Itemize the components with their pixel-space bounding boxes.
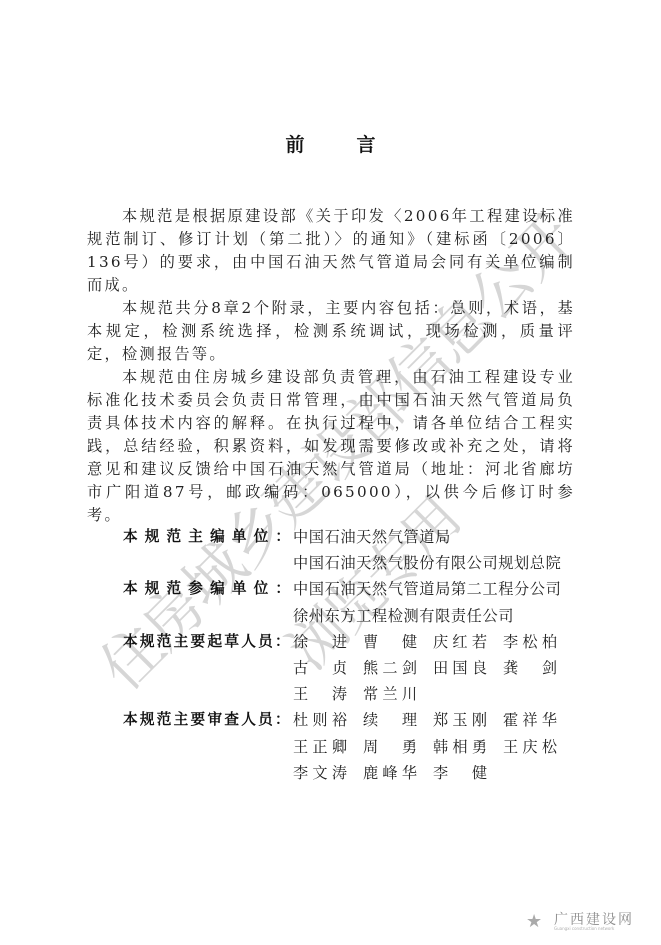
reviewer-name: 郑玉刚 bbox=[433, 707, 487, 733]
drafter-name: 田国良 bbox=[433, 655, 487, 681]
title-char-1: 前 bbox=[285, 130, 304, 157]
participating-unit: 徐州东方工程检测有限责任公司 bbox=[293, 603, 514, 629]
drafter-name: 熊二剑 bbox=[363, 655, 417, 681]
chief-editor-unit: 中国石油天然气管道局 bbox=[293, 524, 451, 550]
reviewer-name: 王正卿 bbox=[293, 734, 347, 760]
reviewer-name: 李文涛 bbox=[293, 760, 347, 786]
reviewer-name: 周勇 bbox=[363, 734, 417, 760]
drafters-label: 本规范主要起草人员： bbox=[123, 629, 290, 655]
reviewer-name: 鹿峰华 bbox=[363, 760, 417, 786]
logo-subtitle: Guangxi construction network bbox=[554, 926, 614, 931]
drafters-row: 王涛 常兰川 bbox=[123, 681, 593, 707]
star-icon: ★ bbox=[526, 911, 542, 932]
credits-block: 本规范主编单位： 中国石油天然气管道局 中国石油天然气股份有限公司规划总院 本规… bbox=[123, 524, 593, 786]
drafter-name: 龚剑 bbox=[503, 655, 557, 681]
drafter-name: 常兰川 bbox=[363, 681, 417, 707]
reviewers-row: 王正卿 周勇 韩相勇 王庆松 bbox=[123, 734, 593, 760]
site-logo: ★ 广西建设网 Guangxi construction network bbox=[526, 909, 651, 937]
reviewers-label: 本规范主要审查人员： bbox=[123, 707, 290, 733]
paragraph-contents: 本规范共分8章2个附录，主要内容包括：总则，术语，基本规定，检测系统选择，检测系… bbox=[87, 297, 575, 366]
reviewers-row: 李文涛 鹿峰华 李健 bbox=[123, 760, 593, 786]
drafter-name: 李松柏 bbox=[503, 629, 557, 655]
credit-row: 本规范参编单位： 中国石油天然气管道局第二工程分公司 bbox=[123, 576, 593, 602]
participating-unit: 中国石油天然气管道局第二工程分公司 bbox=[293, 576, 561, 602]
title-char-2: 言 bbox=[357, 130, 376, 157]
drafter-name: 古贞 bbox=[293, 655, 347, 681]
credit-row: 中国石油天然气股份有限公司规划总院 bbox=[123, 550, 593, 576]
reviewer-name: 王庆松 bbox=[503, 734, 557, 760]
reviewer-name: 霍祥华 bbox=[503, 707, 557, 733]
drafter-name: 徐进 bbox=[293, 629, 347, 655]
drafter-name: 曹健 bbox=[363, 629, 417, 655]
preface-body: 本规范是根据原建设部《关于印发〈2006年工程建设标准规范制订、修订计划（第二批… bbox=[87, 205, 575, 527]
credit-row: 本规范主编单位： 中国石油天然气管道局 bbox=[123, 524, 593, 550]
drafters-row: 古贞 熊二剑 田国良 龚剑 bbox=[123, 655, 593, 681]
chief-editor-unit: 中国石油天然气股份有限公司规划总院 bbox=[293, 550, 561, 576]
reviewer-name: 韩相勇 bbox=[433, 734, 487, 760]
reviewer-name: 续理 bbox=[363, 707, 417, 733]
drafter-name: 王涛 bbox=[293, 681, 347, 707]
reviewer-name: 李健 bbox=[433, 760, 487, 786]
credit-row: 徐州东方工程检测有限责任公司 bbox=[123, 603, 593, 629]
chief-editor-label: 本规范主编单位： bbox=[123, 524, 290, 550]
drafter-name: 庆红若 bbox=[433, 629, 487, 655]
paragraph-management: 本规范由住房城乡建设部负责管理，由石油工程建设专业标准化技术委员会负责日常管理，… bbox=[87, 366, 575, 527]
participating-label: 本规范参编单位： bbox=[123, 576, 290, 602]
page-title: 前言 bbox=[0, 130, 661, 157]
document-page: 住房城乡建设部信息公开 浏览专用 前言 本规范是根据原建设部《关于印发〈2006… bbox=[0, 0, 661, 945]
drafters-row: 本规范主要起草人员： 徐进 曹健 庆红若 李松柏 bbox=[123, 629, 593, 655]
paragraph-origin: 本规范是根据原建设部《关于印发〈2006年工程建设标准规范制订、修订计划（第二批… bbox=[87, 205, 575, 297]
reviewers-row: 本规范主要审查人员： 杜则裕 续理 郑玉刚 霍祥华 bbox=[123, 707, 593, 733]
reviewer-name: 杜则裕 bbox=[293, 707, 347, 733]
